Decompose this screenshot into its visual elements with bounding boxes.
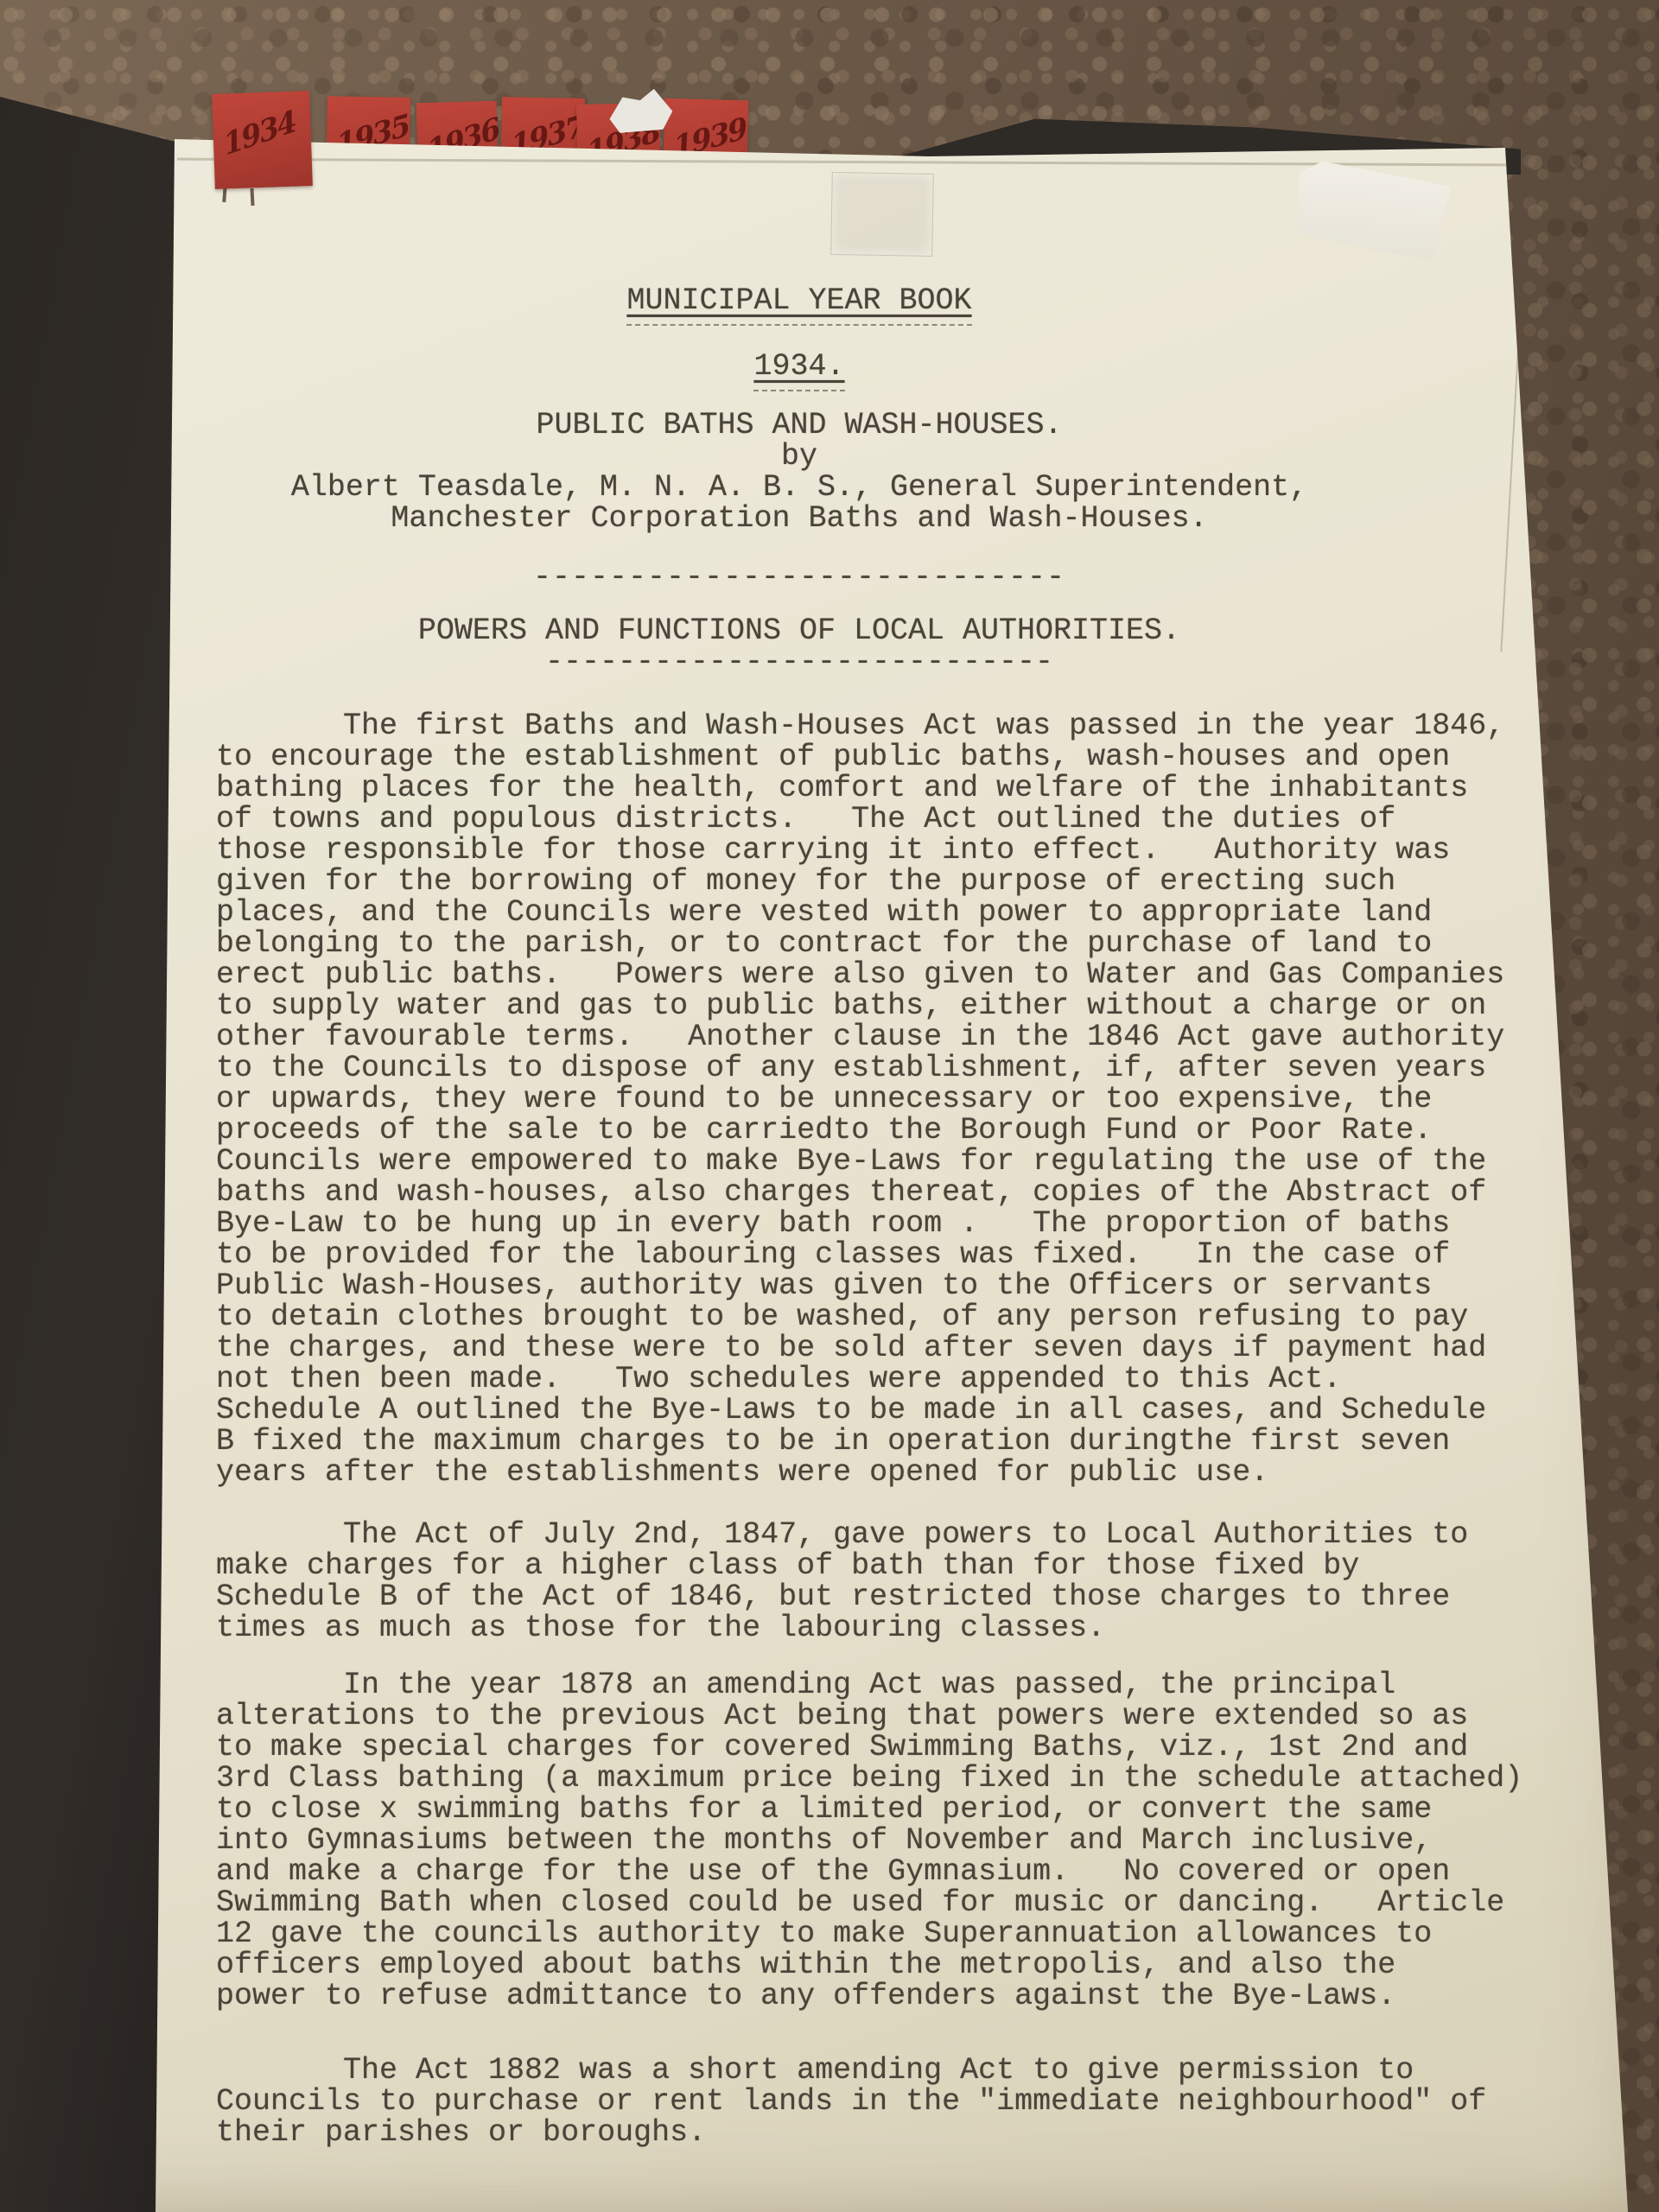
document-header: MUNICIPAL YEAR BOOK 1934. PUBLIC BATHS A… — [216, 285, 1382, 677]
typed-text-line: Schedule A outlined the Bye-Laws to be m… — [216, 1395, 1522, 1426]
paragraph: The first Baths and Wash-Houses Act was … — [216, 710, 1522, 1488]
typed-text-line: to supply water and gas to public baths,… — [216, 990, 1522, 1021]
typed-text-line: alterations to the previous Act being th… — [216, 1700, 1522, 1732]
typed-text-line: Swimming Bath when closed could be used … — [216, 1887, 1522, 1918]
heading-dashed-underline: ---------------------------- — [216, 646, 1382, 677]
document-body: The first Baths and Wash-Houses Act was … — [216, 710, 1522, 2179]
typed-text-line: Public Wash-Houses, authority was given … — [216, 1270, 1522, 1301]
typed-text-line: belonging to the parish, or to contract … — [216, 928, 1522, 959]
typed-text-line: The Act 1882 was a short amending Act to… — [216, 2055, 1522, 2086]
subject-line: PUBLIC BATHS AND WASH-HOUSES. — [216, 410, 1382, 441]
typed-text-line: make charges for a higher class of bath … — [216, 1550, 1522, 1581]
byline: by — [216, 441, 1382, 472]
typed-text-line: to be provided for the labouring classes… — [216, 1239, 1522, 1270]
typed-text-line: B fixed the maximum charges to be in ope… — [216, 1426, 1522, 1457]
year-line: 1934. — [216, 351, 1382, 391]
typed-text-line: or upwards, they were found to be unnece… — [216, 1084, 1522, 1115]
typed-text-line: the charges, and these were to be sold a… — [216, 1332, 1522, 1363]
typed-text-line: Councils were empowered to make Bye-Laws… — [216, 1146, 1522, 1177]
typed-text-line: Schedule B of the Act of 1846, but restr… — [216, 1581, 1522, 1612]
typed-text-line: The Act of July 2nd, 1847, gave powers t… — [216, 1519, 1522, 1550]
typed-text-line: places, and the Councils were vested wit… — [216, 897, 1522, 928]
typed-text-line: officers employed about baths within the… — [216, 1949, 1522, 1980]
author-line: Albert Teasdale, M. N. A. B. S., General… — [216, 472, 1382, 503]
typed-text-line: In the year 1878 an amending Act was pas… — [216, 1669, 1522, 1700]
paragraph: The Act of July 2nd, 1847, gave powers t… — [216, 1519, 1522, 1643]
dashed-divider: ---------------------------- — [216, 562, 1382, 593]
typed-text-line: into Gymnasiums between the months of No… — [216, 1825, 1522, 1856]
page-title: MUNICIPAL YEAR BOOK — [216, 285, 1382, 326]
typed-text-line: power to refuse admittance to any offend… — [216, 1980, 1522, 2012]
typed-text-line: and make a charge for the use of the Gym… — [216, 1856, 1522, 1887]
typed-text-line: of towns and populous districts. The Act… — [216, 804, 1522, 835]
tape-sticker — [1289, 158, 1452, 262]
document-page: MUNICIPAL YEAR BOOK 1934. PUBLIC BATHS A… — [0, 0, 1659, 2212]
typed-text-line: The first Baths and Wash-Houses Act was … — [216, 710, 1522, 741]
typed-text-line: baths and wash-houses, also charges ther… — [216, 1177, 1522, 1208]
year-tab-front: 1934 — [212, 91, 313, 189]
typed-text-line: 3rd Class bathing (a maximum price being… — [216, 1763, 1522, 1794]
typed-text-line: 12 gave the councils authority to make S… — [216, 1918, 1522, 1949]
typed-text-line: not then been made. Two schedules were a… — [216, 1363, 1522, 1395]
typed-text-line: Bye-Law to be hung up in every bath room… — [216, 1208, 1522, 1239]
page-stack-edge — [177, 158, 1508, 167]
paragraph: The Act 1882 was a short amending Act to… — [216, 2055, 1522, 2148]
typed-text-line: erect public baths. Powers were also giv… — [216, 959, 1522, 990]
typed-text-line: to detain clothes brought to be washed, … — [216, 1301, 1522, 1332]
typed-text-line: to encourage the establishment of public… — [216, 741, 1522, 772]
organisation-line: Manchester Corporation Baths and Wash-Ho… — [216, 503, 1382, 534]
typed-text-line: their parishes or boroughs. — [216, 2117, 1522, 2148]
typed-text-line: to close x swimming baths for a limited … — [216, 1794, 1522, 1825]
typed-text-line: proceeds of the sale to be carriedto the… — [216, 1115, 1522, 1146]
typed-text-line: years after the establishments were open… — [216, 1457, 1522, 1488]
typed-text-line: bathing places for the health, comfort a… — [216, 772, 1522, 804]
typed-text-line: to make special charges for covered Swim… — [216, 1732, 1522, 1763]
typed-text-line: to the Councils to dispose of any establ… — [216, 1052, 1522, 1084]
paragraph: In the year 1878 an amending Act was pas… — [216, 1669, 1522, 2012]
section-heading: POWERS AND FUNCTIONS OF LOCAL AUTHORITIE… — [216, 615, 1382, 646]
faded-stamp-mark — [830, 172, 934, 257]
typed-text-line: times as much as those for the labouring… — [216, 1612, 1522, 1643]
typed-text-line: other favourable terms. Another clause i… — [216, 1021, 1522, 1052]
photo-of-document: 1935 1936 1937 1938 1939 MUNICIPAL YEAR … — [0, 0, 1659, 2212]
typed-text-line: given for the borrowing of money for the… — [216, 866, 1522, 897]
typed-text-line: those responsible for those carrying it … — [216, 835, 1522, 866]
ink-mark — [250, 188, 254, 206]
tab-year-label: 1934 — [221, 102, 311, 160]
typed-text-line: Councils to purchase or rent lands in th… — [216, 2086, 1522, 2117]
